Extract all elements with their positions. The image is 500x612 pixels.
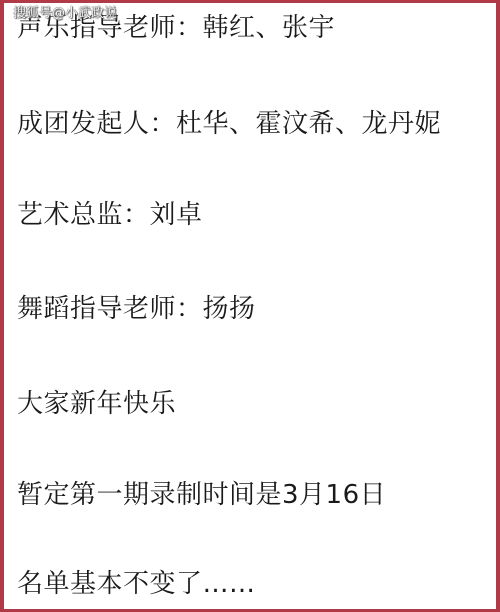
recording-date-line: 暂定第一期录制时间是3月16日 [17, 480, 386, 510]
watermark: 搜狐号@小武政说 [13, 6, 117, 21]
roster-note-line: 名单基本不变了…… [17, 569, 256, 599]
dance-coach-line: 舞蹈指导老师：扬扬 [17, 294, 256, 324]
document-frame: 搜狐号@小武政说 声乐指导老师：韩红、张宇 成团发起人：杜华、霍汶希、龙丹妮 艺… [0, 0, 500, 612]
art-director-line: 艺术总监：刘卓 [17, 200, 203, 230]
founders-line: 成团发起人：杜华、霍汶希、龙丹妮 [17, 109, 441, 139]
greeting-line: 大家新年快乐 [17, 389, 176, 419]
